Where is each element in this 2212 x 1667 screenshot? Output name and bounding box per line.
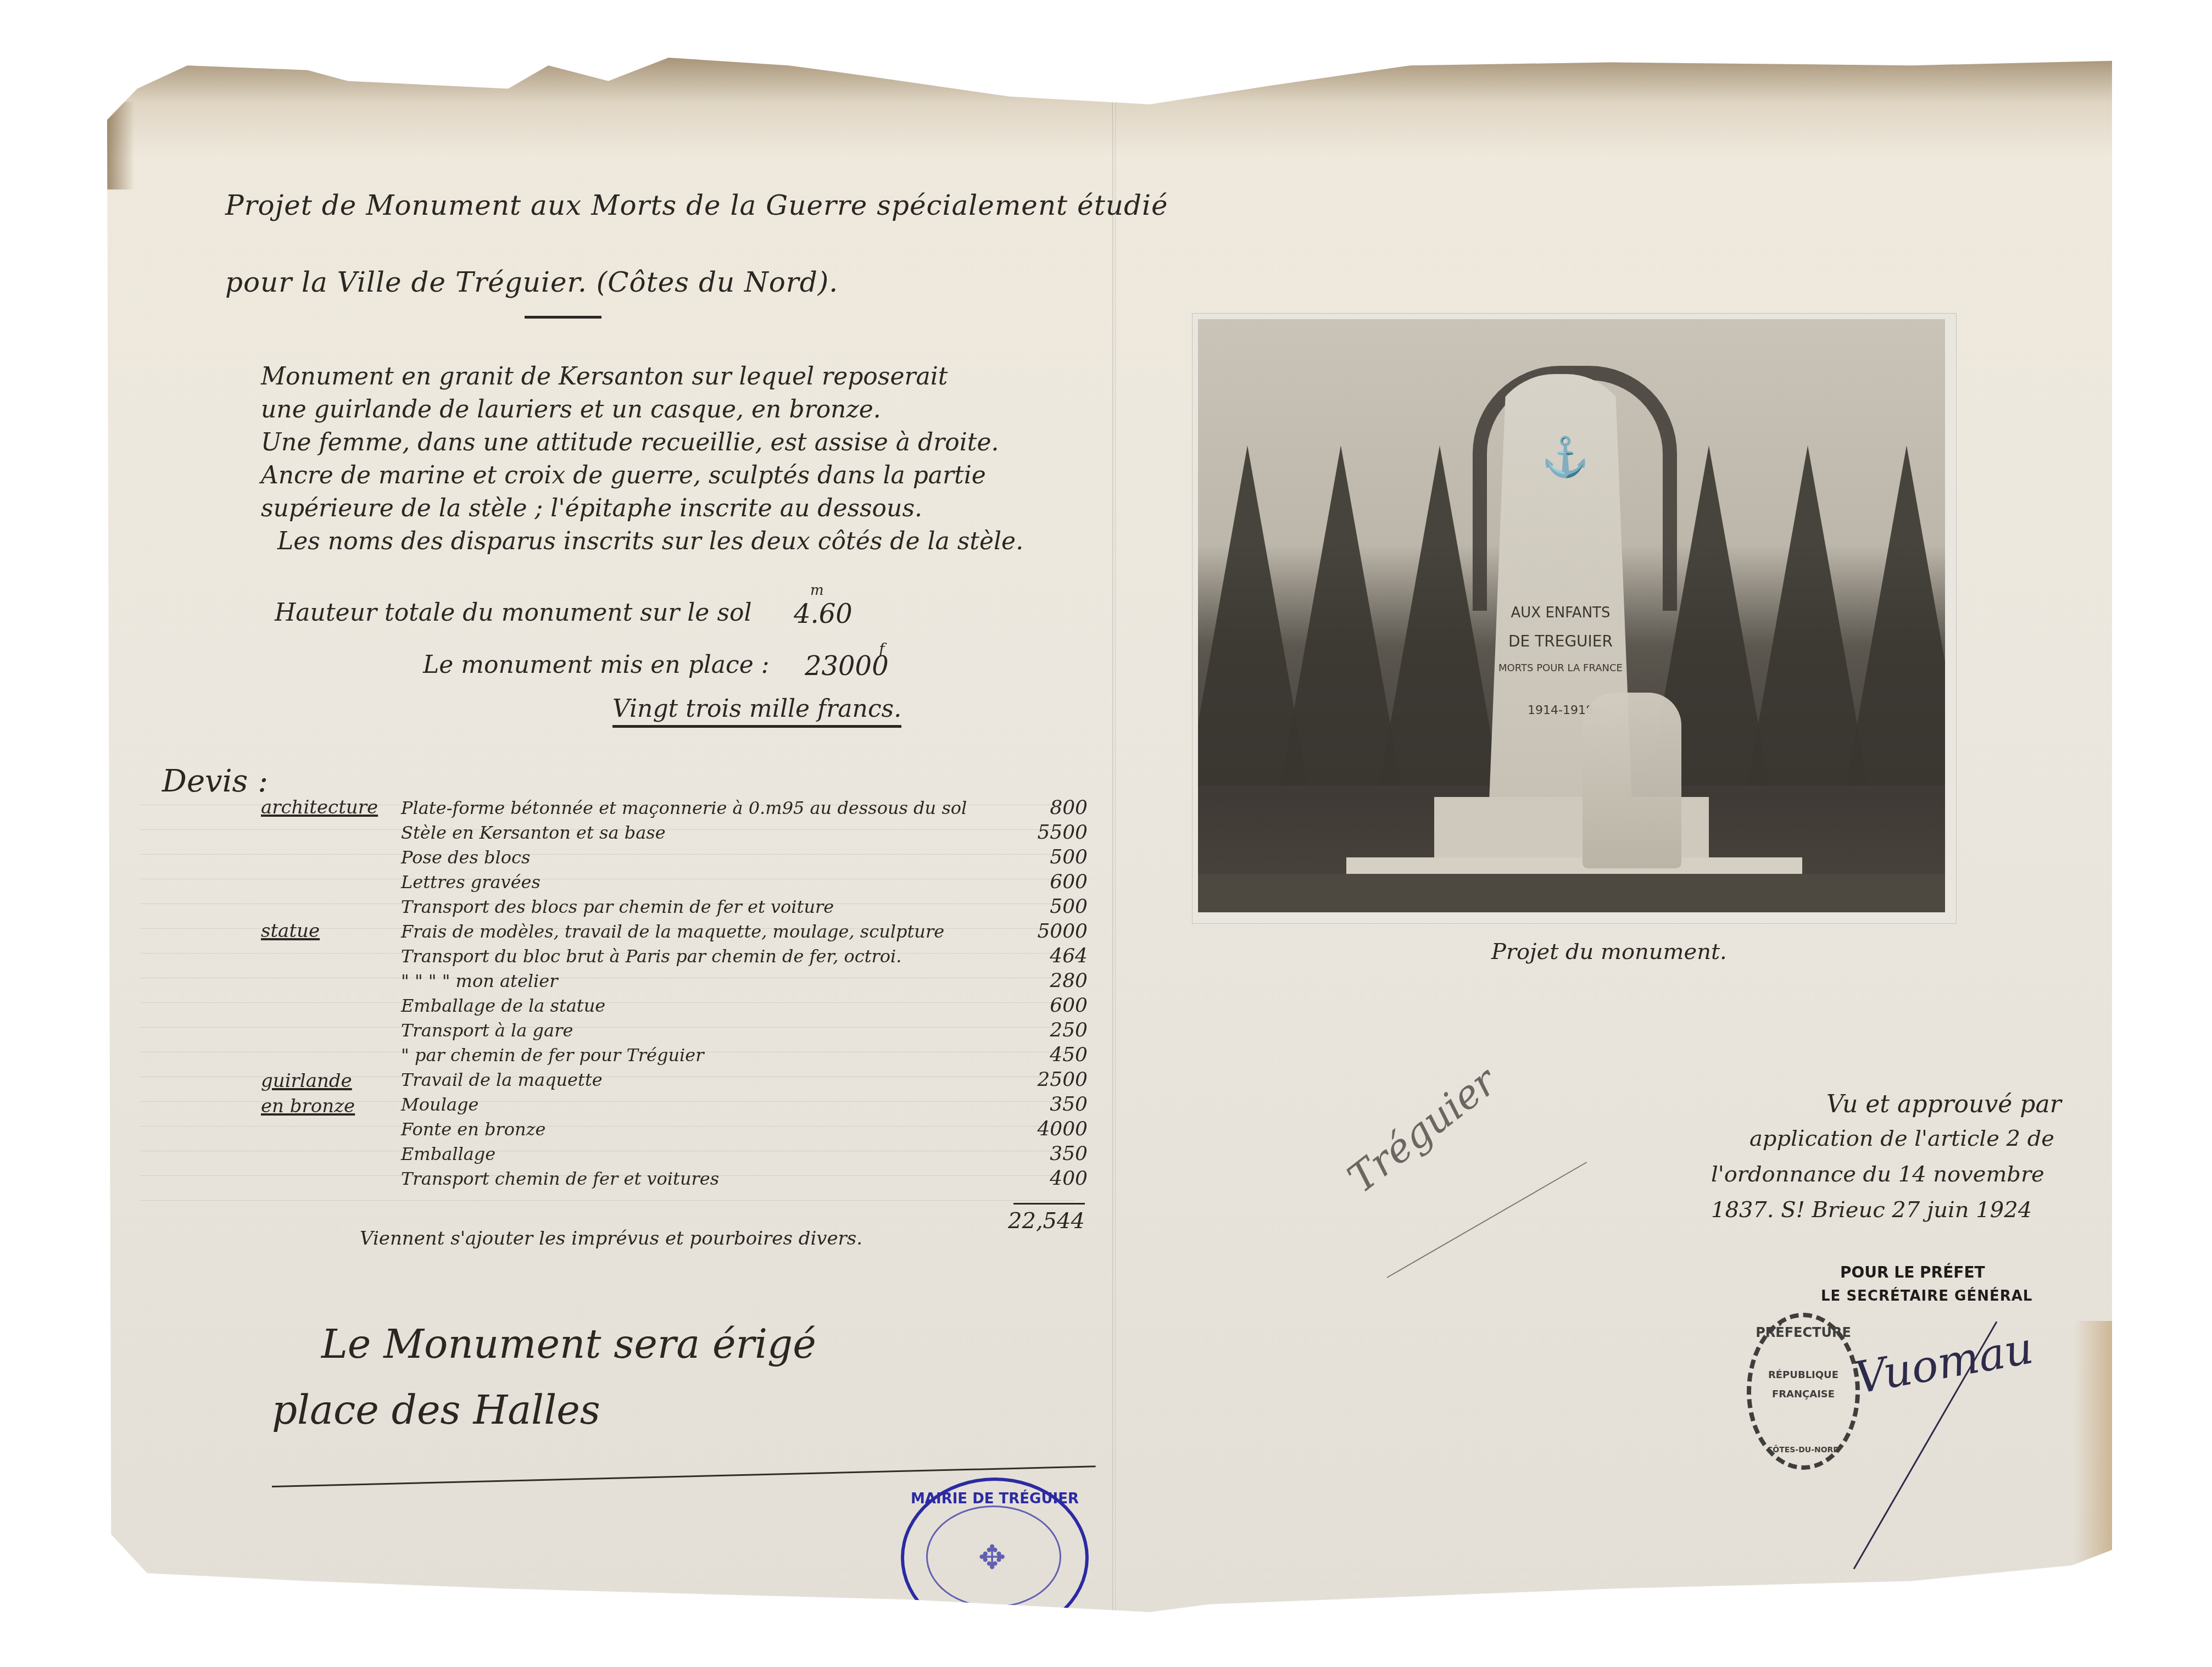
cost-row: " " " " mon atelier 280 (401, 969, 1088, 990)
stamp-bottom-text: (CÔTES-DU-NORD) (904, 1611, 1085, 1625)
cost-item-description: Emballage (401, 1144, 495, 1164)
section-label-guirlande: guirlande en bronze (261, 1068, 371, 1119)
cost-row: Frais de modèles, travail de la maquette… (401, 920, 1088, 941)
stamp-top-text: MAIRIE DE TRÉGUIER (904, 1491, 1085, 1507)
photo-caption: Projet du monument. (1491, 939, 1727, 964)
description-line-2: une guirlande de lauriers et un casque, … (261, 395, 881, 423)
cost-item-description: Transport du bloc brut à Paris par chemi… (401, 946, 902, 967)
ruled-line (140, 1200, 1074, 1201)
height-unit: m (810, 582, 824, 599)
cost-item-amount: 4000 (1016, 1118, 1088, 1140)
cost-row: Moulage 350 (401, 1093, 1088, 1114)
cost-item-amount: 500 (1016, 846, 1088, 868)
cost-item-description: Transport à la gare (401, 1020, 573, 1041)
section-label-statue: statue (261, 920, 320, 942)
cost-row: Transport chemin de fer et voitures 400 (401, 1167, 1088, 1188)
cost-item-description: Fonte en bronze (401, 1119, 545, 1140)
description-line-3: Une femme, dans une attitude recueillie,… (261, 428, 999, 456)
cost-row: Plate-forme bétonnée et maçonnerie à 0.m… (401, 796, 1088, 817)
cost-row: Transport à la gare 250 (401, 1019, 1088, 1040)
document-sheet: Projet de Monument aux Morts de la Guerr… (107, 58, 2112, 1612)
cost-item-description: Transport chemin de fer et voitures (401, 1168, 719, 1189)
cost-row: Transport des blocs par chemin de fer et… (401, 895, 1088, 916)
cost-row: Lettres gravées 600 (401, 871, 1088, 891)
cost-item-amount: 5000 (1016, 920, 1088, 943)
title-line-1: Projet de Monument aux Morts de la Guerr… (225, 189, 1168, 221)
cost-item-description: Frais de modèles, travail de la maquette… (401, 921, 944, 942)
approval-line-2: application de l'article 2 de (1749, 1126, 2054, 1151)
cost-item-amount: 464 (1016, 945, 1088, 967)
total-rule (1013, 1203, 1085, 1205)
prefect-signature: Vuomau (1851, 1322, 2037, 1403)
cost-item-amount: 350 (1016, 1142, 1088, 1165)
approval-line-1: Vu et approuvé par (1826, 1090, 2061, 1118)
seated-woman-statue (1583, 693, 1681, 868)
burned-left-edge (107, 102, 135, 189)
prefecture-stamp: PRÉFECTURE RÉPUBLIQUE FRANÇAISE CÔTES-DU… (1747, 1313, 1860, 1470)
stamp-center-line-2: FRANÇAISE (1751, 1389, 1856, 1400)
cost-row: Pose des blocs 500 (401, 846, 1088, 867)
devis-footnote: Viennent s'ajouter les imprévus et pourb… (360, 1228, 862, 1250)
center-fold (1112, 58, 1116, 1612)
cost-item-amount: 450 (1016, 1044, 1088, 1066)
cost-row: Emballage 350 (401, 1142, 1088, 1163)
photo-mount: ⚓ AUX ENFANTS DE TREGUIER MORTS POUR LA … (1192, 313, 1957, 924)
description-line-4: Ancre de marine et croix de guerre, scul… (261, 461, 986, 489)
approval-line-3: l'ordonnance du 14 novembre (1711, 1162, 2044, 1187)
cost-row: Emballage de la statue 600 (401, 994, 1088, 1015)
section-label-architecture: architecture (261, 796, 378, 818)
monument-photograph: ⚓ AUX ENFANTS DE TREGUIER MORTS POUR LA … (1198, 319, 1945, 912)
inscription-line-1: AUX ENFANTS (1495, 605, 1626, 621)
closing-line-1: Le Monument sera érigé (321, 1321, 816, 1367)
cost-item-description: " par chemin de fer pour Tréguier (401, 1045, 704, 1066)
stamp-ring-text: PRÉFECTURE (1751, 1325, 1856, 1340)
ermine-emblem-icon: ✥ (978, 1538, 1006, 1577)
closing-line-2: place des Halles (272, 1387, 600, 1433)
anchor-icon: ⚓ (1541, 434, 1589, 480)
cost-item-amount: 800 (1016, 796, 1088, 819)
title-divider (525, 316, 601, 319)
cost-item-description: Lettres gravées (401, 872, 541, 893)
cost-item-amount: 400 (1016, 1167, 1088, 1190)
cost-item-amount: 5500 (1016, 821, 1088, 844)
cost-item-description: Pose des blocs (401, 847, 530, 868)
mairie-stamp: MAIRIE DE TRÉGUIER (CÔTES-DU-NORD) ✥ (901, 1478, 1089, 1638)
title-line-2: pour la Ville de Tréguier. (Côtes du Nor… (225, 266, 838, 298)
description-line-5: supérieure de la stèle ; l'épitaphe insc… (261, 494, 922, 522)
inscription-line-2: DE TREGUIER (1495, 632, 1626, 650)
cost-item-description: Moulage (401, 1094, 478, 1115)
cost-item-description: Plate-forme bétonnée et maçonnerie à 0.m… (401, 798, 967, 818)
signature-title-1: POUR LE PRÉFET (1840, 1263, 1985, 1281)
cost-item-description: Emballage de la statue (401, 995, 605, 1016)
cost-item-amount: 500 (1016, 895, 1088, 918)
tree-silhouette (1846, 445, 1945, 786)
ground (1198, 874, 1945, 912)
cost-item-description: Travail de la maquette (401, 1069, 603, 1090)
devis-total: 22,544 (1008, 1208, 1085, 1234)
cost-row: " par chemin de fer pour Tréguier 450 (401, 1044, 1088, 1064)
burned-top-edge (107, 58, 2112, 157)
devis-heading: Devis : (162, 763, 268, 799)
price-suffix: f (879, 640, 884, 658)
inscription-line-3: MORTS POUR LA FRANCE (1495, 662, 1626, 674)
stamp-center-line-1: RÉPUBLIQUE (1751, 1369, 1856, 1381)
cost-item-amount: 250 (1016, 1019, 1088, 1041)
price-in-words: Vingt trois mille francs. (612, 695, 901, 728)
price-label: Le monument mis en place : (423, 651, 770, 679)
height-label: Hauteur totale du monument sur le sol (275, 599, 752, 627)
cost-row: Travail de la maquette 2500 (401, 1068, 1088, 1089)
stamp-bottom-text: CÔTES-DU-NORD (1751, 1446, 1856, 1454)
pencil-note: Tréguier (1339, 1058, 1505, 1202)
cost-item-description: Transport des blocs par chemin de fer et… (401, 896, 834, 917)
description-line-6: Les noms des disparus inscrits sur les d… (277, 527, 1023, 555)
cost-item-amount: 280 (1016, 969, 1088, 992)
cost-item-amount: 600 (1016, 871, 1088, 893)
cost-item-amount: 600 (1016, 994, 1088, 1017)
signature-title-2: LE SECRÉTAIRE GÉNÉRAL (1821, 1288, 2032, 1304)
cost-item-description: " " " " mon atelier (401, 971, 558, 991)
description-line-1: Monument en granit de Kersanton sur lequ… (261, 363, 948, 391)
cost-row: Fonte en bronze 4000 (401, 1118, 1088, 1139)
cost-item-amount: 2500 (1016, 1068, 1088, 1091)
pencil-underline (1387, 1162, 1587, 1278)
cost-row: Stèle en Kersanton et sa base 5500 (401, 821, 1088, 842)
approval-line-4: 1837. S! Brieuc 27 juin 1924 (1711, 1197, 2032, 1223)
cost-item-description: Stèle en Kersanton et sa base (401, 822, 666, 843)
cost-row: Transport du bloc brut à Paris par chemi… (401, 945, 1088, 966)
height-value: 4.60 (794, 599, 853, 629)
price-value: 23000 (805, 651, 889, 682)
water-stain (2074, 1321, 2112, 1585)
cost-item-amount: 350 (1016, 1093, 1088, 1116)
